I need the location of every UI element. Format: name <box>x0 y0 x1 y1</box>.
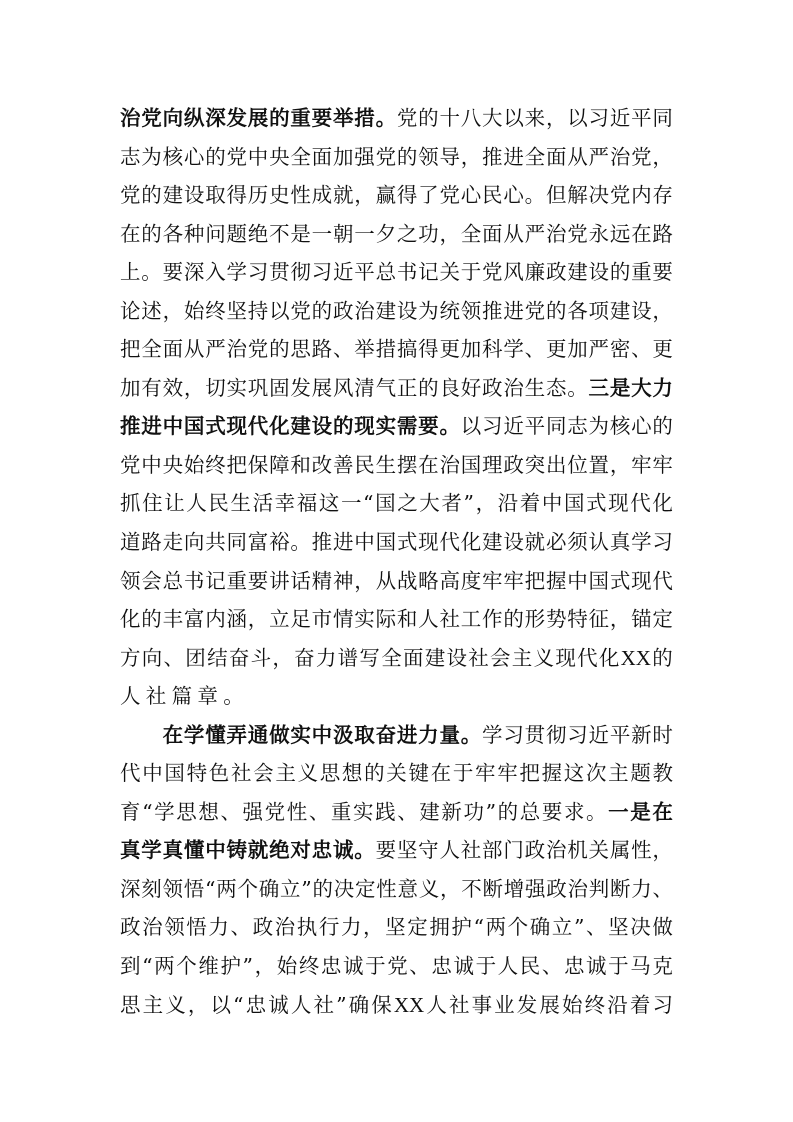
text-line: 方向、团结奋斗，奋力谱写全面建设社会主义现代化XX的 <box>120 639 673 678</box>
document-page: 治党向纵深发展的重要举措。党的十八大以来，以习近平同志为核心的党中央全面加强党的… <box>120 99 673 1024</box>
text-line: 道路走向共同富裕。推进中国式现代化建设就必须认真学习 <box>120 523 673 562</box>
text-line: 真学真懂中铸就绝对忠诚。要坚守人社部门政治机关属性， <box>120 831 673 870</box>
text-line: 深刻领悟“两个确立”的决定性意义，不断增强政治判断力、 <box>120 870 673 909</box>
text-line: 化的丰富内涵，立足市情实际和人社工作的形势特征，锚定 <box>120 600 673 639</box>
paragraph: 治党向纵深发展的重要举措。党的十八大以来，以习近平同志为核心的党中央全面加强党的… <box>120 99 673 716</box>
text-line: 党中央始终把保障和改善民生摆在治国理政突出位置，牢牢 <box>120 446 673 485</box>
text-line: 到“两个维护”，始终忠诚于党、忠诚于人民、忠诚于马克 <box>120 947 673 986</box>
body-text: 治党向纵深发展的重要举措。党的十八大以来，以习近平同志为核心的党中央全面加强党的… <box>120 99 673 1024</box>
text-line: 人社篇章。 <box>120 677 673 716</box>
text-line: 把全面从严治党的思路、举措搞得更加科学、更加严密、更 <box>120 330 673 369</box>
text-line: 治党向纵深发展的重要举措。党的十八大以来，以习近平同 <box>120 99 673 138</box>
text-line: 上。要深入学习贯彻习近平总书记关于党风廉政建设的重要 <box>120 253 673 292</box>
text-line: 论述，始终坚持以党的政治建设为统领推进党的各项建设， <box>120 292 673 331</box>
text-line: 志为核心的党中央全面加强党的领导，推进全面从严治党， <box>120 138 673 177</box>
text-line: 在的各种问题绝不是一朝一夕之功，全面从严治党永远在路 <box>120 215 673 254</box>
text-line: 党的建设取得历史性成就，赢得了党心民心。但解决党内存 <box>120 176 673 215</box>
text-line: 推进中国式现代化建设的现实需要。以习近平同志为核心的 <box>120 407 673 446</box>
text-line: 抓住让人民生活幸福这一“国之大者”，沿着中国式现代化 <box>120 484 673 523</box>
paragraph: 在学懂弄通做实中汲取奋进力量。学习贯彻习近平新时代中国特色社会主义思想的关键在于… <box>120 716 673 1024</box>
text-line: 领会总书记重要讲话精神，从战略高度牢牢把握中国式现代 <box>120 562 673 601</box>
text-line: 在学懂弄通做实中汲取奋进力量。学习贯彻习近平新时 <box>120 716 673 755</box>
text-line: 政治领悟力、政治执行力，坚定拥护“两个确立”、坚决做 <box>120 908 673 947</box>
text-line: 思主义，以“忠诚人社”确保XX人社事业发展始终沿着习 <box>120 986 673 1025</box>
text-line: 加有效，切实巩固发展风清气正的良好政治生态。三是大力 <box>120 369 673 408</box>
text-line: 代中国特色社会主义思想的关键在于牢牢把握这次主题教 <box>120 754 673 793</box>
text-line: 育“学思想、强党性、重实践、建新功”的总要求。一是在 <box>120 793 673 832</box>
